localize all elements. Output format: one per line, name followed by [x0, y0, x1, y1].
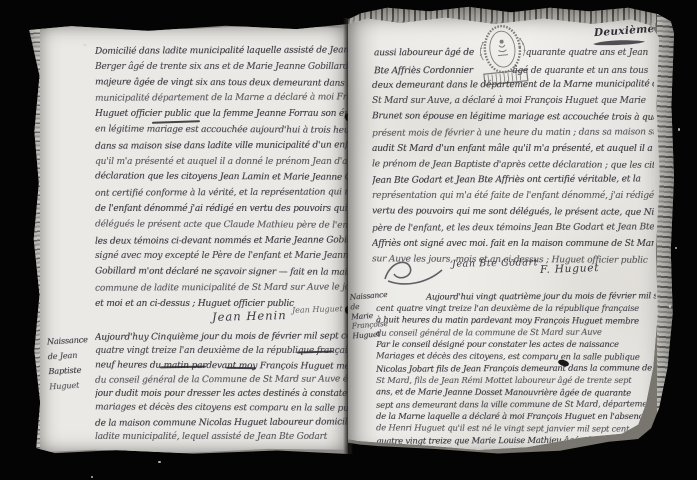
- manuscript-line: quarante quatre ans et Jean: [526, 48, 648, 58]
- manuscript-line: cent quatre vingt treize l'an deuxième d…: [376, 302, 656, 314]
- manuscript-line: délégués le présent acte que Claude Math…: [95, 217, 351, 234]
- witness-signature: Jean Bte Godart: [452, 257, 538, 270]
- manuscript-line: deux demeurant dans le département de la…: [372, 78, 654, 95]
- right-line-around-stamp: aussi laboureur âgé de quarante quatre a…: [374, 48, 648, 58]
- page-block-edge-right: [657, 6, 674, 458]
- right-record-2: deux demeurant dans le département de la…: [372, 78, 654, 269]
- officer-signature: F. Huguet: [540, 262, 600, 276]
- manuscript-line: sept ans demeurant dans la ville commune…: [376, 397, 656, 410]
- right-line-around-stamp: Bte Affriès Cordonnier âgé de quarante e…: [374, 66, 648, 76]
- center-signature: Jean Henin: [212, 308, 287, 324]
- manuscript-line: père de l'enfant, et les deux témoins Je…: [372, 220, 654, 237]
- left-record-1: Domicilié dans ladite municipalité laque…: [95, 44, 351, 313]
- manuscript-line: Jean Bte Godart et Jean Bte Affriès ont …: [372, 173, 654, 190]
- manuscript-line: Huguet officier public que la femme Jean…: [95, 107, 351, 123]
- manuscript-line: en légitime mariage est accouchée aujour…: [95, 122, 351, 139]
- dust-speck: [91, 476, 93, 478]
- dust-speck: [83, 44, 87, 46]
- signature-paraph-icon: [380, 256, 446, 288]
- manuscript-line: jour dudit mois pour dresser les actes d…: [95, 387, 351, 401]
- manuscript-line: Bte Affriès Cordonnier: [374, 66, 473, 77]
- manuscript-line: Huguet: [49, 377, 98, 395]
- manuscript-line: audit St Mard d'un enfant mâle qu'il m'a…: [372, 142, 654, 158]
- manuscript-line: du conseil général de la commune de St M…: [376, 325, 656, 338]
- manuscript-line: âgé de quarante et un ans tous: [512, 66, 648, 76]
- manuscript-line: St Mard, fils de Jean Rémi Mottet labour…: [376, 374, 656, 386]
- manuscript-line: de la Marne laquelle a déclaré à moi Fra…: [376, 410, 656, 422]
- manuscript-line: Par le conseil désigné pour constater le…: [376, 338, 656, 350]
- left-page-sheet: Domicilié dans ladite municipalité laque…: [40, 24, 348, 454]
- right-page: Deuxième aussi laboureur â: [348, 6, 674, 458]
- manuscript-line: majeure âgée de vingt six ans tous deux …: [95, 75, 351, 92]
- manuscript-line: vertu des pouvoirs qui me sont délégués,…: [372, 205, 654, 222]
- manuscript-line: déclaration que les citoyens Jean Lamin …: [95, 170, 351, 187]
- manuscript-line: Aujourd'hui vingt quatrième jour du mois…: [376, 290, 656, 303]
- dust-speck: [678, 128, 680, 131]
- left-page: Domicilié dans ladite municipalité laque…: [26, 24, 348, 454]
- page-number-label: Deuxième: [594, 23, 655, 39]
- manuscript-line: aussi laboureur âgé de: [374, 48, 474, 59]
- dust-speck: [675, 247, 677, 249]
- manuscript-line: de la maison commune Nicolas Huguet labo…: [95, 415, 351, 431]
- manuscript-line: Nicolas Jobart fils de Jean François dem…: [376, 361, 656, 374]
- manuscript-line: Brunet son épouse en légitime mariage es…: [372, 109, 654, 126]
- manuscript-line: de l'enfant dénommé j'ai rédigé en vertu…: [95, 202, 351, 218]
- manuscript-line: Berger âgé de trente six ans et de Marie…: [95, 60, 351, 76]
- manuscript-line: représentation qui m'a été faite de l'en…: [372, 189, 654, 205]
- manuscript-line: Aujourd'huy Cinquième jour du mois de fé…: [95, 330, 351, 345]
- manuscript-line: dans sa maison sise dans ladite ville mu…: [95, 138, 351, 155]
- manuscript-line: Domicilié dans ladite municipalité laque…: [95, 44, 351, 60]
- manuscript-line: quatre vingt treize que Marie Louise Mat…: [376, 433, 656, 446]
- manuscript-line: du conseil général de la Commune de St M…: [95, 372, 351, 388]
- manuscript-line: présent mois de février à une heure du m…: [372, 125, 654, 142]
- right-page-sheet: Deuxième aussi laboureur â: [348, 6, 674, 458]
- manuscript-line: les deux témoins ci-devant nommés et Mar…: [95, 233, 351, 250]
- manuscript-line: qu'il m'a présenté et auquel il a donné …: [95, 155, 351, 171]
- dust-speck: [158, 461, 161, 463]
- left-record-2: Aujourd'huy Cinquième jour du mois de fé…: [95, 330, 351, 444]
- manuscript-line: ladite municipalité, lequel assisté de J…: [95, 430, 351, 444]
- dust-speck: [669, 305, 671, 308]
- flourish-underline-icon: [592, 39, 648, 46]
- manuscript-line: Gobillard m'ont déclaré ne sçavoir signe…: [95, 264, 351, 281]
- manuscript-line: municipalité département de la Marne a d…: [95, 91, 351, 108]
- left-margin-note: Naissancede JeanBaptisteHuguet: [46, 332, 97, 394]
- officer-signature: Jean Huguet: [292, 304, 343, 315]
- manuscript-line: St Mard sur Auve, a déclaré à moi Franço…: [372, 94, 654, 110]
- manuscript-line: neuf heures du matin pardevant moy Franç…: [95, 358, 351, 374]
- manuscript-line: Affriès ont signé avec moi. fait en la m…: [372, 237, 654, 253]
- manuscript-line: signé avec moy excepté le Père de l'enfa…: [95, 249, 351, 265]
- manuscript-line: commune de ladite municipalité de St Mar…: [95, 280, 351, 297]
- manuscript-book-scan: Domicilié dans ladite municipalité laque…: [0, 0, 697, 480]
- manuscript-line: mariages et décès des citoyens est compa…: [95, 401, 351, 417]
- right-record-3: Aujourd'hui vingt quatrième jour du mois…: [376, 290, 656, 446]
- manuscript-line: ont certifié conforme à la vérité, et la…: [95, 186, 351, 203]
